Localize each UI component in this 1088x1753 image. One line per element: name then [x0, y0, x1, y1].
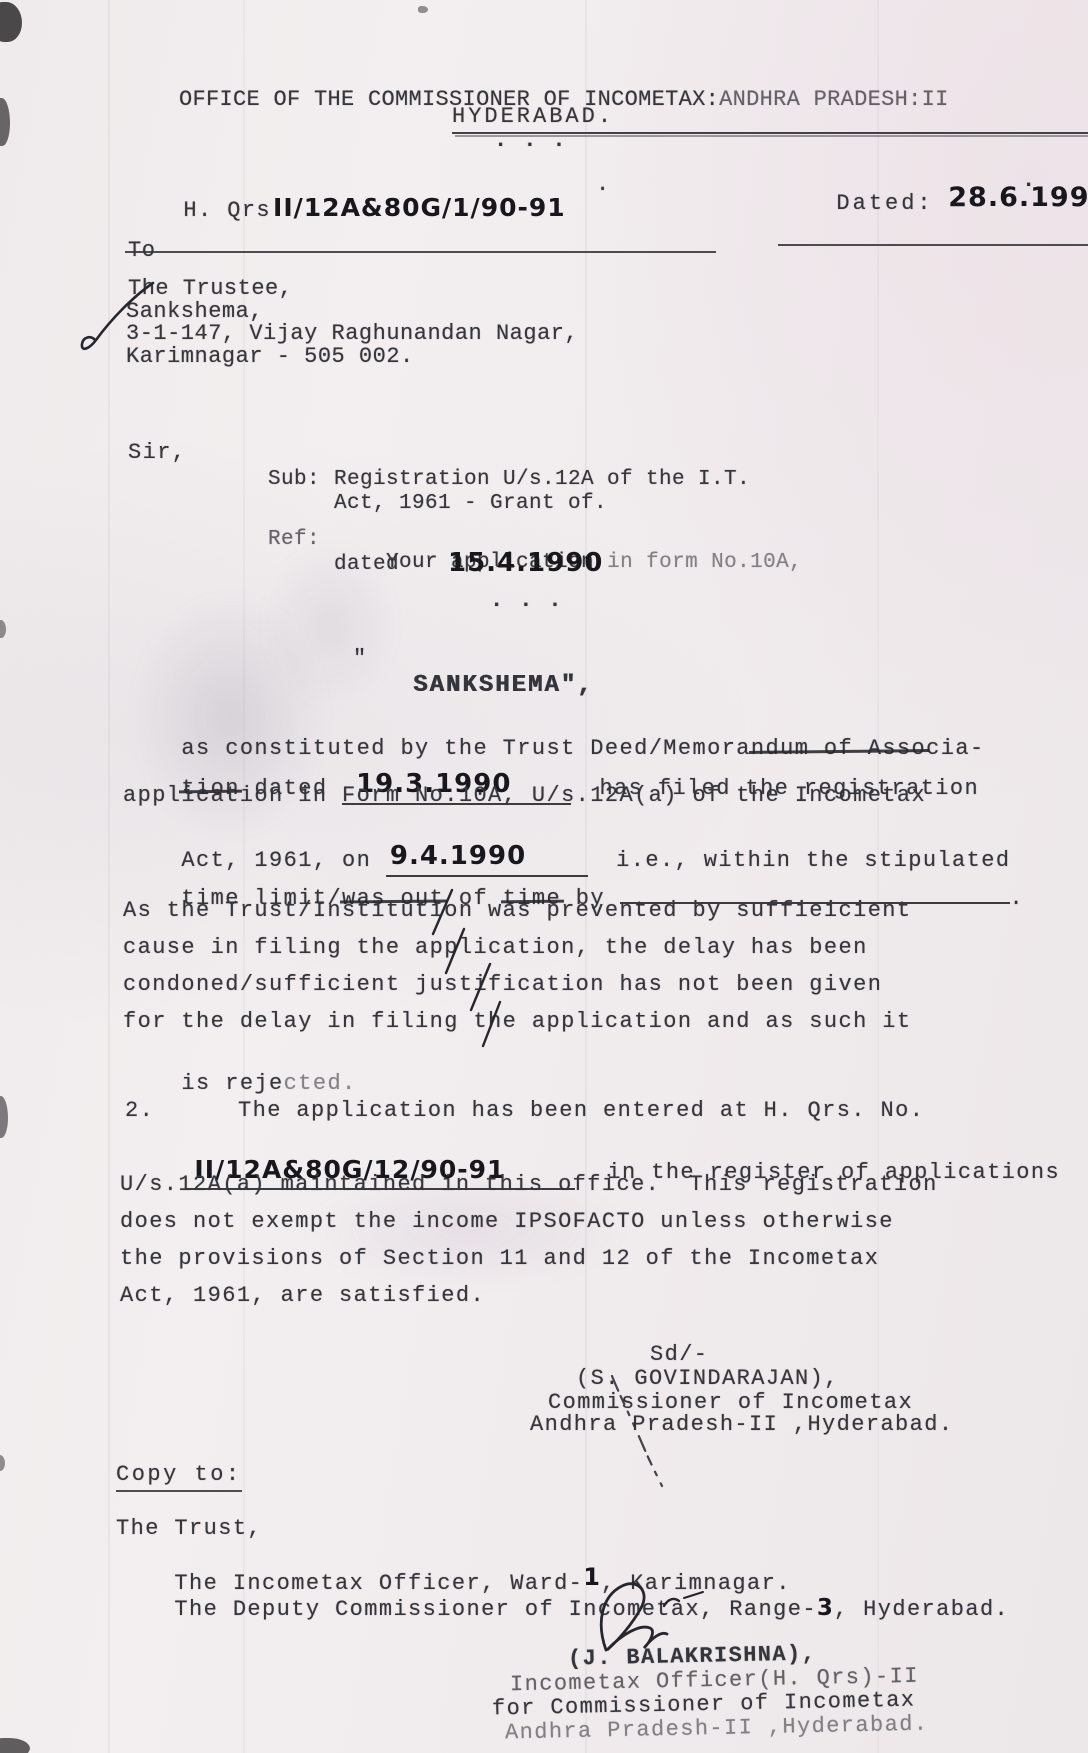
- pencil-stroke: [612, 1376, 666, 1494]
- signature-scribble: [684, 1592, 703, 1598]
- ink-annotations: [0, 0, 1088, 1753]
- slash-mark: [446, 929, 464, 973]
- scanned-letter-page: OFFICE OF THE COMMISSIONER OF INCOMETAX:…: [0, 0, 1088, 1753]
- signature-scribble: [664, 1599, 679, 1606]
- checkmark-annotation: [82, 283, 153, 349]
- signature-scribble: [601, 1584, 667, 1650]
- slash-mark: [483, 1002, 500, 1046]
- slash-mark: [471, 964, 490, 1010]
- slash-mark: [433, 890, 452, 934]
